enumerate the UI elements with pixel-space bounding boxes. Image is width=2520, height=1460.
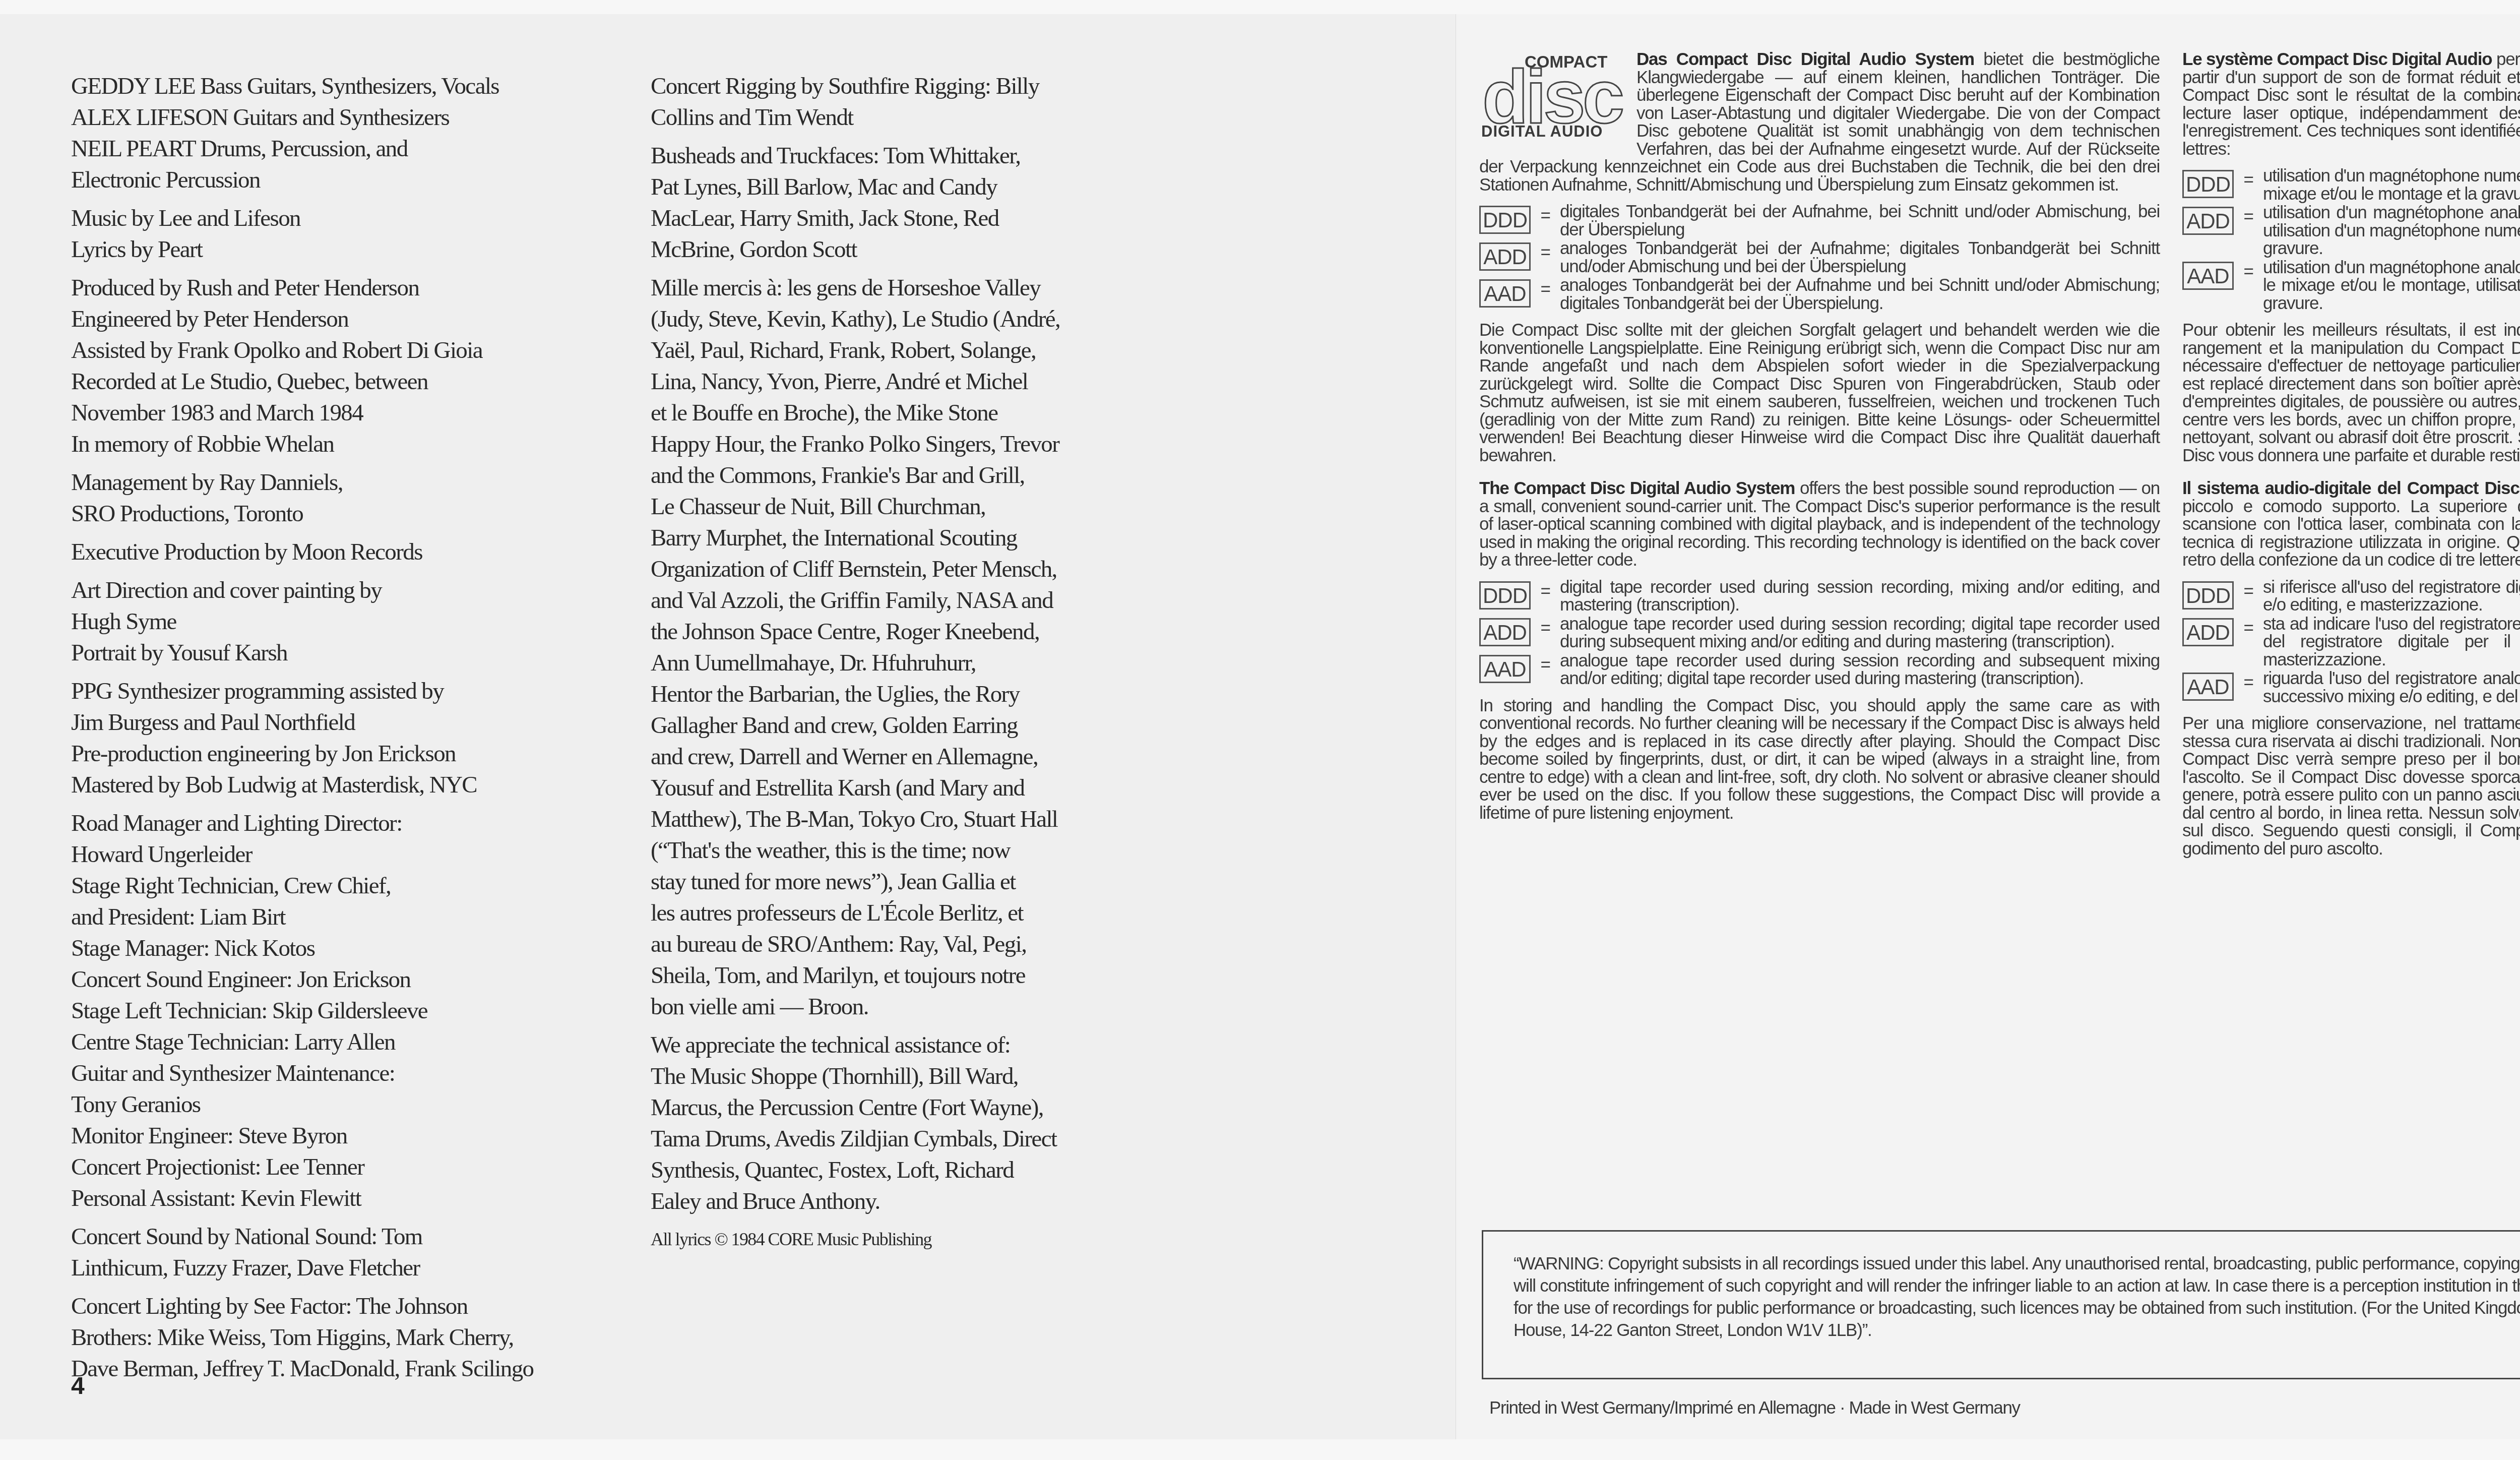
- logo-digital-audio-text: DIGITAL AUDIO: [1481, 123, 1603, 140]
- credit-line: Concert Projectionist: Lee Tenner: [71, 1151, 600, 1183]
- code-badge: ADD: [2182, 207, 2234, 235]
- equals-sign: =: [2234, 259, 2263, 281]
- french-intro: Le système Compact Disc Digital Audio pe…: [2182, 50, 2520, 158]
- german-care: Die Compact Disc sollte mit der gleichen…: [1479, 321, 2160, 464]
- code-row-ddd: DDD=digitales Tonbandgerät bei der Aufna…: [1479, 203, 2160, 238]
- code-row-add: ADD=analoges Tonbandgerät bei der Aufnah…: [1479, 239, 2160, 275]
- equals-sign: =: [1531, 203, 1560, 225]
- credit-line: Mastered by Bob Ludwig at Masterdisk, NY…: [71, 769, 600, 801]
- credit-block: Concert Sound by National Sound: TomLint…: [71, 1221, 600, 1284]
- equals-sign: =: [1531, 276, 1560, 298]
- credit-line: Yaël, Paul, Richard, Frank, Robert, Sola…: [651, 335, 1135, 366]
- credit-line: In memory of Robbie Whelan: [71, 429, 600, 460]
- credit-line: and crew, Darrell and Werner en Allemagn…: [651, 741, 1135, 772]
- credits-column-1: GEDDY LEE Bass Guitars, Synthesizers, Vo…: [71, 71, 600, 1391]
- code-description: utilisation d'un magnétophone analogique…: [2263, 259, 2520, 313]
- credit-line: Management by Ray Danniels,: [71, 467, 600, 498]
- credit-line: Barry Murphet, the International Scoutin…: [651, 522, 1135, 554]
- credit-line: au bureau de SRO/Anthem: Ray, Val, Pegi,: [651, 929, 1135, 960]
- code-badge: AAD: [1479, 655, 1531, 683]
- credit-line: (Judy, Steve, Kevin, Kathy), Le Studio (…: [651, 303, 1135, 335]
- compact-disc-logo-icon: COMPACT disc DIGITAL AUDIO: [1479, 53, 1625, 142]
- credit-line: GEDDY LEE Bass Guitars, Synthesizers, Vo…: [71, 71, 600, 102]
- credit-line: and President: Liam Birt: [71, 901, 600, 933]
- french-title: Le système Compact Disc Digital Audio: [2182, 49, 2492, 69]
- credit-line: Sheila, Tom, and Marilyn, et toujours no…: [651, 960, 1135, 991]
- credit-line: Recorded at Le Studio, Quebec, between: [71, 366, 600, 397]
- code-badge: ADD: [1479, 242, 1531, 271]
- printed-in-note: Printed in West Germany/Imprimé en Allem…: [1489, 1398, 2020, 1418]
- code-description: riguarda l'uso del registratore analogic…: [2263, 670, 2520, 705]
- english-title: The Compact Disc Digital Audio System: [1479, 478, 1795, 498]
- german-codes: DDD=digitales Tonbandgerät bei der Aufna…: [1479, 203, 2160, 312]
- code-badge: ADD: [2182, 618, 2234, 646]
- credit-line: McBrine, Gordon Scott: [651, 234, 1135, 265]
- english-care: In storing and handling the Compact Disc…: [1479, 697, 2160, 822]
- credit-line: Electronic Percussion: [71, 164, 600, 196]
- equals-sign: =: [2234, 167, 2263, 189]
- credit-line: Road Manager and Lighting Director:: [71, 808, 600, 839]
- credit-line: Concert Lighting by See Factor: The John…: [71, 1291, 600, 1322]
- credit-line: ALEX LIFESON Guitars and Synthesizers: [71, 102, 600, 133]
- credit-line: Personal Assistant: Kevin Flewitt: [71, 1183, 600, 1214]
- code-badge: AAD: [2182, 673, 2234, 701]
- credit-block: Mille mercis à: les gens de Horseshoe Va…: [651, 272, 1135, 1022]
- credit-line: Pre-production engineering by Jon Ericks…: [71, 738, 600, 769]
- credit-line: Monitor Engineer: Steve Byron: [71, 1120, 600, 1151]
- credit-line: Lyrics by Peart: [71, 234, 600, 265]
- credit-line: Stage Left Technician: Skip Gildersleeve: [71, 995, 600, 1026]
- code-badge: AAD: [2182, 262, 2234, 290]
- credit-line: Collins and Tim Wendt: [651, 102, 1135, 133]
- code-row-ddd: DDD=si riferisce all'uso del registrator…: [2182, 578, 2520, 614]
- credit-line: PPG Synthesizer programming assisted by: [71, 676, 600, 707]
- code-description: digital tape recorder used during sessio…: [1560, 578, 2160, 614]
- credit-block: GEDDY LEE Bass Guitars, Synthesizers, Vo…: [71, 71, 600, 196]
- italian-intro: Il sistema audio-digitale del Compact Di…: [2182, 479, 2520, 569]
- credit-line: November 1983 and March 1984: [71, 397, 600, 429]
- equals-sign: =: [2234, 615, 2263, 637]
- credit-line: Engineered by Peter Henderson: [71, 303, 600, 335]
- credit-line: Concert Sound Engineer: Jon Erickson: [71, 964, 600, 995]
- italian-title: Il sistema audio-digitale del Compact Di…: [2182, 478, 2519, 498]
- credit-line: Produced by Rush and Peter Henderson: [71, 272, 600, 303]
- credit-line: Hugh Syme: [71, 606, 600, 637]
- code-description: analogue tape recorder used during sessi…: [1560, 615, 2160, 651]
- credit-line: The Music Shoppe (Thornhill), Bill Ward,: [651, 1061, 1135, 1092]
- credit-line: Tama Drums, Avedis Zildjian Cymbals, Dir…: [651, 1123, 1135, 1154]
- code-row-aad: AAD=analogue tape recorder used during s…: [1479, 652, 2160, 688]
- credit-line: Brothers: Mike Weiss, Tom Higgins, Mark …: [71, 1322, 600, 1353]
- credit-line: Stage Manager: Nick Kotos: [71, 933, 600, 964]
- cd-info-column-right: Le système Compact Disc Digital Audio pe…: [2182, 50, 2520, 867]
- credit-line: Portrait by Yousuf Karsh: [71, 637, 600, 668]
- equals-sign: =: [1531, 652, 1560, 674]
- credit-block: Music by Lee and LifesonLyrics by Peart: [71, 203, 600, 265]
- equals-sign: =: [1531, 578, 1560, 600]
- code-badge: DDD: [2182, 581, 2234, 610]
- credit-block: We appreciate the technical assistance o…: [651, 1029, 1135, 1217]
- credit-line: les autres professeurs de L'École Berlit…: [651, 897, 1135, 929]
- credit-line: Tony Geranios: [71, 1089, 600, 1120]
- credit-line: Howard Ungerleider: [71, 839, 600, 870]
- credit-line: We appreciate the technical assistance o…: [651, 1029, 1135, 1061]
- credit-block: Produced by Rush and Peter HendersonEngi…: [71, 272, 600, 460]
- code-row-add: ADD=analogue tape recorder used during s…: [1479, 615, 2160, 651]
- german-title: Das Compact Disc Digital Audio System: [1636, 49, 1974, 69]
- credit-line: Ealey and Bruce Anthony.: [651, 1186, 1135, 1217]
- credit-line: Busheads and Truckfaces: Tom Whittaker,: [651, 140, 1135, 171]
- code-row-add: ADD=sta ad indicare l'uso del registrato…: [2182, 615, 2520, 669]
- credit-line: Yousuf and Estrellita Karsh (and Mary an…: [651, 772, 1135, 804]
- credits-column-2: Concert Rigging by Southfire Rigging: Bi…: [651, 71, 1135, 1250]
- credit-line: Linthicum, Fuzzy Frazer, Dave Fletcher: [71, 1252, 600, 1284]
- credit-line: MacLear, Harry Smith, Jack Stone, Red: [651, 203, 1135, 234]
- credit-line: Matthew), The B-Man, Tokyo Cro, Stuart H…: [651, 804, 1135, 835]
- italian-codes: DDD=si riferisce all'uso del registrator…: [2182, 578, 2520, 706]
- credit-block: Management by Ray Danniels,SRO Productio…: [71, 467, 600, 529]
- equals-sign: =: [2234, 204, 2263, 226]
- credit-line: Jim Burgess and Paul Northfield: [71, 707, 600, 738]
- credit-line: Mille mercis à: les gens de Horseshoe Va…: [651, 272, 1135, 303]
- credit-line: Synthesis, Quantec, Fostex, Loft, Richar…: [651, 1154, 1135, 1186]
- code-badge: ADD: [1479, 618, 1531, 646]
- credit-line: Centre Stage Technician: Larry Allen: [71, 1026, 600, 1058]
- code-row-aad: AAD=riguarda l'uso del registratore anal…: [2182, 670, 2520, 705]
- code-description: analogue tape recorder used during sessi…: [1560, 652, 2160, 688]
- credit-line: Le Chasseur de Nuit, Bill Churchman,: [651, 491, 1135, 522]
- french-care: Pour obtenir les meilleurs résultats, il…: [2182, 321, 2520, 464]
- code-description: sta ad indicare l'uso del registratore a…: [2263, 615, 2520, 669]
- credit-line: Music by Lee and Lifeson: [71, 203, 600, 234]
- code-description: si riferisce all'uso del registratore di…: [2263, 578, 2520, 614]
- code-row-add: ADD=utilisation d'un magnétophone analog…: [2182, 204, 2520, 258]
- code-description: digitales Tonbandgerät bei der Aufnahme,…: [1560, 203, 2160, 238]
- credit-line: Pat Lynes, Bill Barlow, Mac and Candy: [651, 171, 1135, 203]
- credit-line: Organization of Cliff Bernstein, Peter M…: [651, 554, 1135, 585]
- code-row-aad: AAD=analoges Tonbandgerät bei der Aufnah…: [1479, 276, 2160, 312]
- credit-block: PPG Synthesizer programming assisted byJ…: [71, 676, 600, 801]
- page-number: 4: [71, 1372, 85, 1400]
- french-codes: DDD=utilisation d'un magnétophone numéri…: [2182, 167, 2520, 312]
- english-codes: DDD=digital tape recorder used during se…: [1479, 578, 2160, 688]
- lyrics-copyright: All lyrics © 1984 CORE Music Publishing: [651, 1228, 1135, 1250]
- credit-block: Concert Lighting by See Factor: The John…: [71, 1291, 600, 1384]
- code-badge: DDD: [2182, 170, 2234, 198]
- credit-line: Concert Rigging by Southfire Rigging: Bi…: [651, 71, 1135, 102]
- credit-line: Guitar and Synthesizer Maintenance:: [71, 1058, 600, 1089]
- credit-line: (“That's the weather, this is the time; …: [651, 835, 1135, 866]
- credit-line: Concert Sound by National Sound: Tom: [71, 1221, 600, 1252]
- credit-line: the Johnson Space Centre, Roger Kneebend…: [651, 616, 1135, 647]
- code-description: analoges Tonbandgerät bei der Aufnahme u…: [1560, 276, 2160, 312]
- credit-line: Ann Uumellmahaye, Dr. Hfuhruhurr,: [651, 647, 1135, 679]
- cd-info-column-left: COMPACT disc DIGITAL AUDIO Das Compact D…: [1479, 50, 2160, 831]
- credit-block: Art Direction and cover painting byHugh …: [71, 575, 600, 668]
- credit-block: Road Manager and Lighting Director:Howar…: [71, 808, 600, 1214]
- credit-line: Hentor the Barbarian, the Uglies, the Ro…: [651, 679, 1135, 710]
- credit-block: Busheads and Truckfaces: Tom Whittaker,P…: [651, 140, 1135, 265]
- credit-line: and Val Azzoli, the Griffin Family, NASA…: [651, 585, 1135, 616]
- credit-line: Stage Right Technician, Crew Chief,: [71, 870, 600, 901]
- code-badge: AAD: [1479, 279, 1531, 308]
- credit-line: Dave Berman, Jeffrey T. MacDonald, Frank…: [71, 1353, 600, 1384]
- credit-line: NEIL PEART Drums, Percussion, and: [71, 133, 600, 164]
- code-row-ddd: DDD=digital tape recorder used during se…: [1479, 578, 2160, 614]
- credit-line: and the Commons, Frankie's Bar and Grill…: [651, 460, 1135, 491]
- english-intro: The Compact Disc Digital Audio System of…: [1479, 479, 2160, 569]
- credit-block: Concert Rigging by Southfire Rigging: Bi…: [651, 71, 1135, 133]
- equals-sign: =: [2234, 578, 2263, 600]
- code-badge: DDD: [1479, 206, 1531, 234]
- copyright-warning-text: “WARNING: Copyright subsists in all reco…: [1514, 1254, 2520, 1340]
- logo-disc-text: disc: [1482, 67, 1621, 127]
- credit-line: Gallagher Band and crew, Golden Earring: [651, 710, 1135, 741]
- credit-line: Executive Production by Moon Records: [71, 536, 600, 568]
- code-description: utilisation d'un magnétophone analogique…: [2263, 204, 2520, 258]
- code-row-ddd: DDD=utilisation d'un magnétophone numéri…: [2182, 167, 2520, 203]
- credit-block: Executive Production by Moon Records: [71, 536, 600, 568]
- credit-line: Happy Hour, the Franko Polko Singers, Tr…: [651, 429, 1135, 460]
- credit-line: Assisted by Frank Opolko and Robert Di G…: [71, 335, 600, 366]
- equals-sign: =: [2234, 670, 2263, 692]
- equals-sign: =: [1531, 615, 1560, 637]
- credit-line: Lina, Nancy, Yvon, Pierre, André et Mich…: [651, 366, 1135, 397]
- credit-line: et le Bouffe en Broche), the Mike Stone: [651, 397, 1135, 429]
- credit-line: bon vielle ami — Broon.: [651, 991, 1135, 1022]
- code-description: analoges Tonbandgerät bei der Aufnahme; …: [1560, 239, 2160, 275]
- credit-line: Marcus, the Percussion Centre (Fort Wayn…: [651, 1092, 1135, 1123]
- code-description: utilisation d'un magnétophone numérique …: [2263, 167, 2520, 203]
- copyright-warning-box: “WARNING: Copyright subsists in all reco…: [1482, 1230, 2520, 1379]
- credit-line: Art Direction and cover painting by: [71, 575, 600, 606]
- credit-line: stay tuned for more news”), Jean Gallia …: [651, 866, 1135, 897]
- italian-care: Per una migliore conservazione, nel trat…: [2182, 714, 2520, 858]
- code-row-aad: AAD=utilisation d'un magnétophone analog…: [2182, 259, 2520, 313]
- credit-line: SRO Productions, Toronto: [71, 498, 600, 529]
- code-badge: DDD: [1479, 581, 1531, 610]
- equals-sign: =: [1531, 239, 1560, 262]
